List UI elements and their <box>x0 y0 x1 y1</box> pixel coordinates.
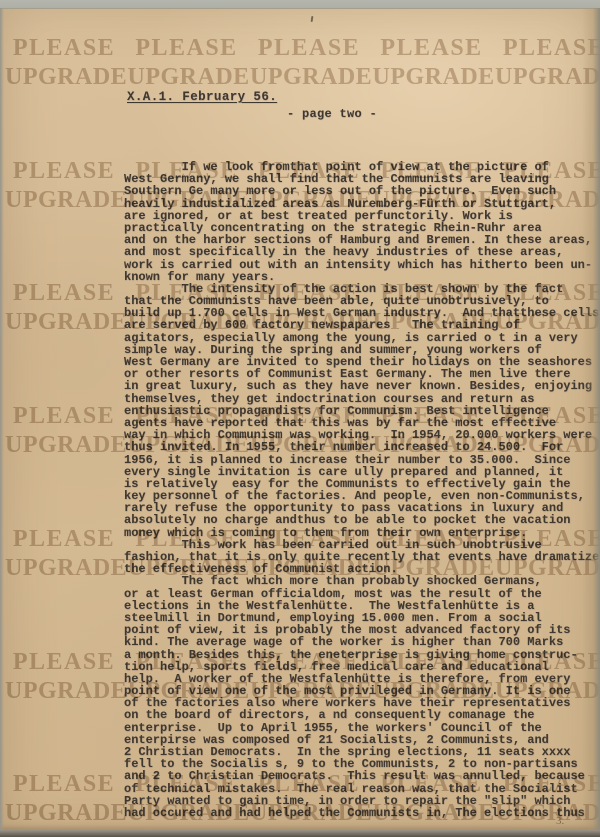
scanned-document-page: PLEASEUPGRADEPLEASEUPGRADEPLEASEUPGRADEP… <box>0 0 600 837</box>
scan-edge-bottom <box>0 830 600 837</box>
page-annotation: 3. <box>556 815 564 827</box>
document-content: X.A.1. February 56. - page two - If we l… <box>0 0 600 837</box>
document-body-text: If we look fromthat point of view at the… <box>124 161 599 819</box>
scan-edge-right <box>582 8 600 830</box>
scan-edge-top <box>0 0 600 9</box>
document-reference: X.A.1. February 56. <box>127 90 277 104</box>
scan-edge-left <box>0 8 4 830</box>
page-number-label: - page two - <box>287 107 377 121</box>
